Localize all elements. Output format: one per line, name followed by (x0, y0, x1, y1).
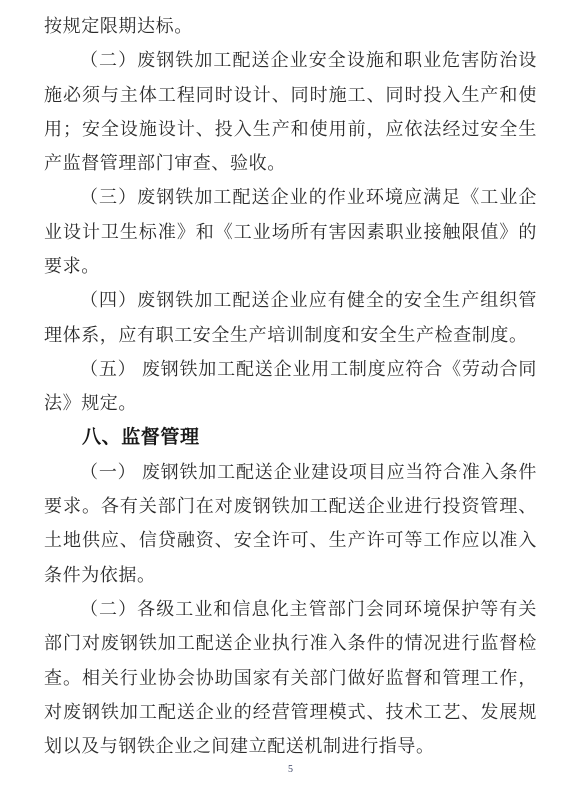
section-heading-supervision-management: 八、监督管理 (44, 421, 537, 455)
paragraph-item-3-work-environment: （三）废钢铁加工配送企业的作业环境应满足《工业企业设计卫生标准》和《工业场所有害… (44, 180, 537, 283)
page-body: 按规定限期达标。 （二）废钢铁加工配送企业安全设施和职业危害防治设施必须与主体工… (0, 0, 581, 764)
document-page: 按规定限期达标。 （二）废钢铁加工配送企业安全设施和职业危害防治设施必须与主体工… (0, 0, 581, 786)
paragraph-item-1-project-compliance: （一） 废钢铁加工配送企业建设项目应当符合准入条件要求。各有关部门在对废钢铁加工… (44, 455, 537, 592)
paragraph-item-2-supervision-inspection: （二）各级工业和信息化主管部门会同环境保护等有关部门对废钢铁加工配送企业执行准入… (44, 592, 537, 763)
paragraph-item-5-labor-contract: （五） 废钢铁加工配送企业用工制度应符合《劳动合同法》规定。 (44, 352, 537, 421)
paragraph-item-2-safety-facilities: （二）废钢铁加工配送企业安全设施和职业危害防治设施必须与主体工程同时设计、同时施… (44, 43, 537, 180)
paragraph-continuation: 按规定限期达标。 (44, 9, 537, 43)
paragraph-item-4-safety-management-system: （四）废钢铁加工配送企业应有健全的安全生产组织管理体系，应有职工安全生产培训制度… (44, 283, 537, 352)
page-number: 5 (0, 764, 581, 776)
